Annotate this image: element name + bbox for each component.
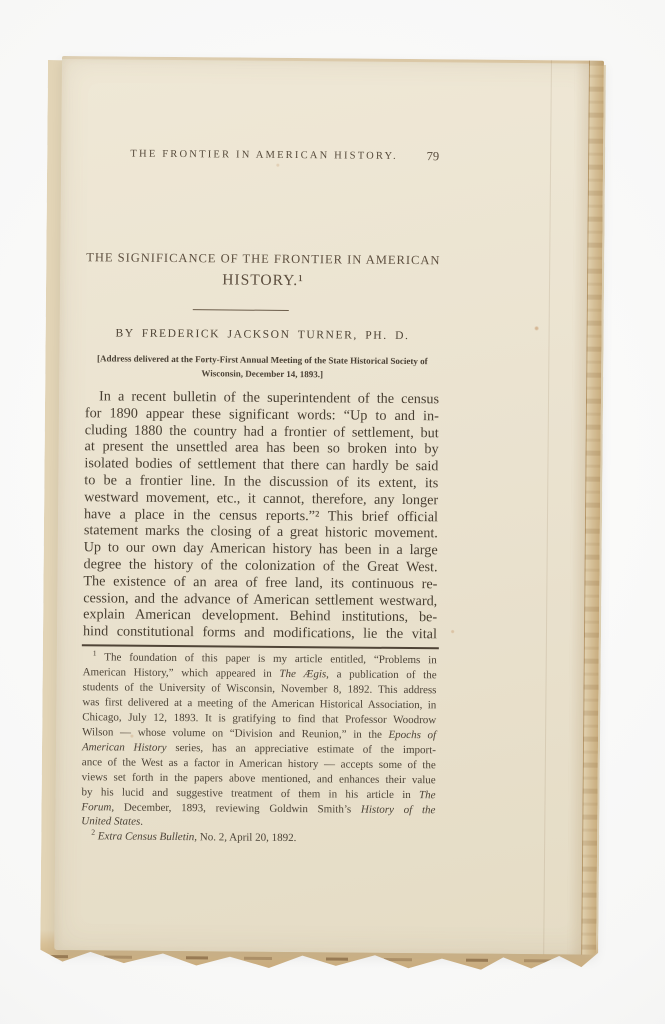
book-page: THE FRONTIER IN AMERICAN HISTORY. 79 THE… — [54, 56, 604, 955]
footnote-text: was first delivered at a meeting of the … — [82, 696, 436, 711]
title-line-2: HISTORY.¹ — [86, 268, 440, 293]
photo-background: THE FRONTIER IN AMERICAN HISTORY. 79 THE… — [0, 0, 665, 1024]
page-crease — [543, 60, 552, 954]
italic-text: The Ægis — [279, 668, 326, 680]
byline: BY FREDERICK JACKSON TURNER, PH. D. — [86, 327, 440, 342]
footnote-text: students of the University of Wisconsin,… — [82, 681, 436, 696]
footnote-text: Chicago, July 12, 1893. It is gratifying… — [82, 711, 436, 726]
italic-text: The — [419, 789, 436, 801]
page-number: 79 — [427, 149, 440, 164]
footnote-rule — [82, 644, 439, 649]
footnote-text: . — [140, 816, 143, 828]
page-top-edge — [62, 56, 604, 64]
article-title: THE SIGNIFICANCE OF THE FRONTIER IN AMER… — [86, 246, 440, 293]
footnote-line: 2 Extra Census Bulletin, No. 2, April 20… — [81, 830, 435, 848]
footnote-text: series, has an appreciative estimate of … — [167, 742, 437, 756]
italic-text: Forum — [81, 801, 111, 813]
italic-text: Epochs of — [388, 729, 436, 741]
footnote-text: American History,” which appeared in — [83, 666, 280, 680]
footnote-text: views set forth in the papers above ment… — [82, 771, 436, 786]
body-line: hind constitutional forms and modificati… — [83, 623, 437, 643]
footnote-text: , a publication of the — [326, 668, 437, 681]
footnotes: 1 The foundation of this paper is my art… — [81, 650, 437, 847]
italic-text: History of the — [361, 803, 436, 816]
deckled-edge-texture — [46, 955, 587, 963]
italic-text: United States — [81, 816, 140, 829]
footnote-text: ance of the West as a factor in American… — [82, 756, 436, 771]
body-text: In a recent bulletin of the superintende… — [83, 388, 439, 643]
footnote-text: , December, 1893, reviewing Goldwin Smit… — [111, 801, 361, 815]
italic-text: Extra Census Bulletin — [98, 831, 195, 844]
running-head-text: THE FRONTIER IN AMERICAN HISTORY. — [130, 149, 397, 162]
footnote-text: The foundation of this paper is my artic… — [97, 651, 437, 666]
italic-text: American History — [82, 741, 167, 754]
title-line-1: THE SIGNIFICANCE OF THE FRONTIER IN AMER… — [86, 246, 440, 271]
title-divider-rule — [193, 309, 289, 311]
footnote-text: Wilson — whose volume on “Division and R… — [82, 726, 388, 741]
address-note: [Address delivered at the Forty-First An… — [85, 352, 439, 382]
running-head: THE FRONTIER IN AMERICAN HISTORY. 79 — [87, 148, 441, 167]
footnote-text: , No. 2, April 20, 1892. — [194, 832, 296, 845]
footnote-text: by his lucid and suggestive treatment of… — [82, 786, 420, 801]
